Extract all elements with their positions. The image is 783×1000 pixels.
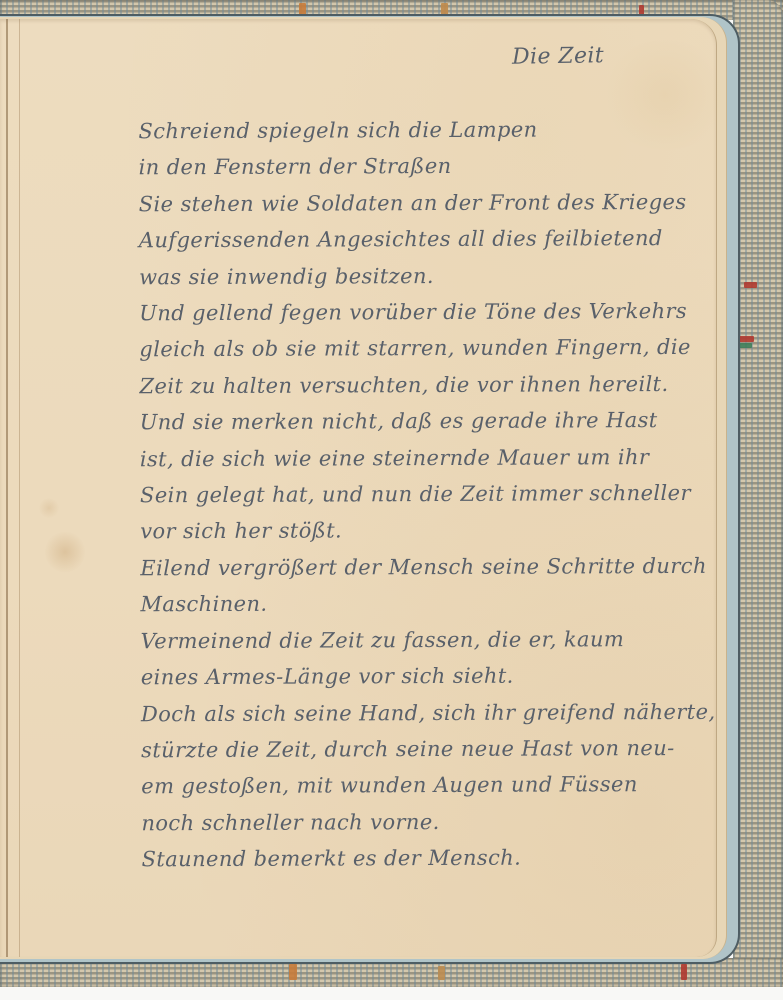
- notebook: Die Zeit Schreiend spiegeln sich die Lam…: [0, 0, 783, 1000]
- page-gutter-line: [6, 19, 8, 957]
- poem-line: Sein gelegt hat, und nun die Zeit immer …: [140, 475, 736, 514]
- poem-line: Und gellend fegen vorüber die Töne des V…: [139, 293, 735, 332]
- poem-line: Staunend bemerkt es der Mensch.: [142, 839, 738, 878]
- poem-line: Sie stehen wie Soldaten an der Front des…: [139, 184, 735, 223]
- poem-line: Vermeinend die Zeit zu fassen, die er, k…: [141, 620, 737, 659]
- poem-line: vor sich her stößt.: [140, 511, 736, 550]
- poem-line: gleich als ob sie mit starren, wunden Fi…: [139, 329, 735, 368]
- thread-fleck: [744, 282, 757, 288]
- paper-stain: [38, 498, 60, 518]
- poem-line: Schreiend spiegeln sich die Lampen: [138, 111, 734, 150]
- poem-line: Doch als sich seine Hand, sich ihr greif…: [141, 693, 737, 732]
- poem-line: Eilend vergrößert der Mensch seine Schri…: [140, 548, 736, 587]
- poem-line: stürzte die Zeit, durch seine neue Hast …: [141, 730, 737, 769]
- poem-line: em gestoßen, mit wunden Augen und Füssen: [141, 766, 737, 805]
- page-gutter-line: [19, 19, 20, 957]
- page-title: Die Zeit: [512, 43, 605, 70]
- poem-line: eines Armes-Länge vor sich sieht.: [141, 657, 737, 696]
- poem-line: in den Fenstern der Straßen: [138, 147, 734, 186]
- poem-line: ist, die sich wie eine steinernde Mauer …: [140, 438, 736, 477]
- thread-fleck: [739, 336, 754, 342]
- thread-fleck: [681, 964, 687, 980]
- poem-line: Aufgerissenden Angesichtes all dies feil…: [139, 220, 735, 259]
- thread-fleck: [438, 966, 445, 980]
- poem-line: Zeit zu halten versuchten, die vor ihnen…: [139, 366, 735, 405]
- poem-line: noch schneller nach vorne.: [141, 802, 737, 841]
- poem-line: Und sie merken nicht, daß es gerade ihre…: [140, 402, 736, 441]
- thread-fleck: [739, 343, 752, 348]
- poem-line: was sie inwendig besitzen.: [139, 256, 735, 295]
- poem-line: Maschinen.: [140, 584, 736, 623]
- poem-text: Schreiend spiegeln sich die Lampen in de…: [138, 111, 737, 878]
- cloth-binding-right: [733, 0, 783, 987]
- paper-stain: [45, 530, 85, 574]
- thread-fleck: [289, 964, 297, 980]
